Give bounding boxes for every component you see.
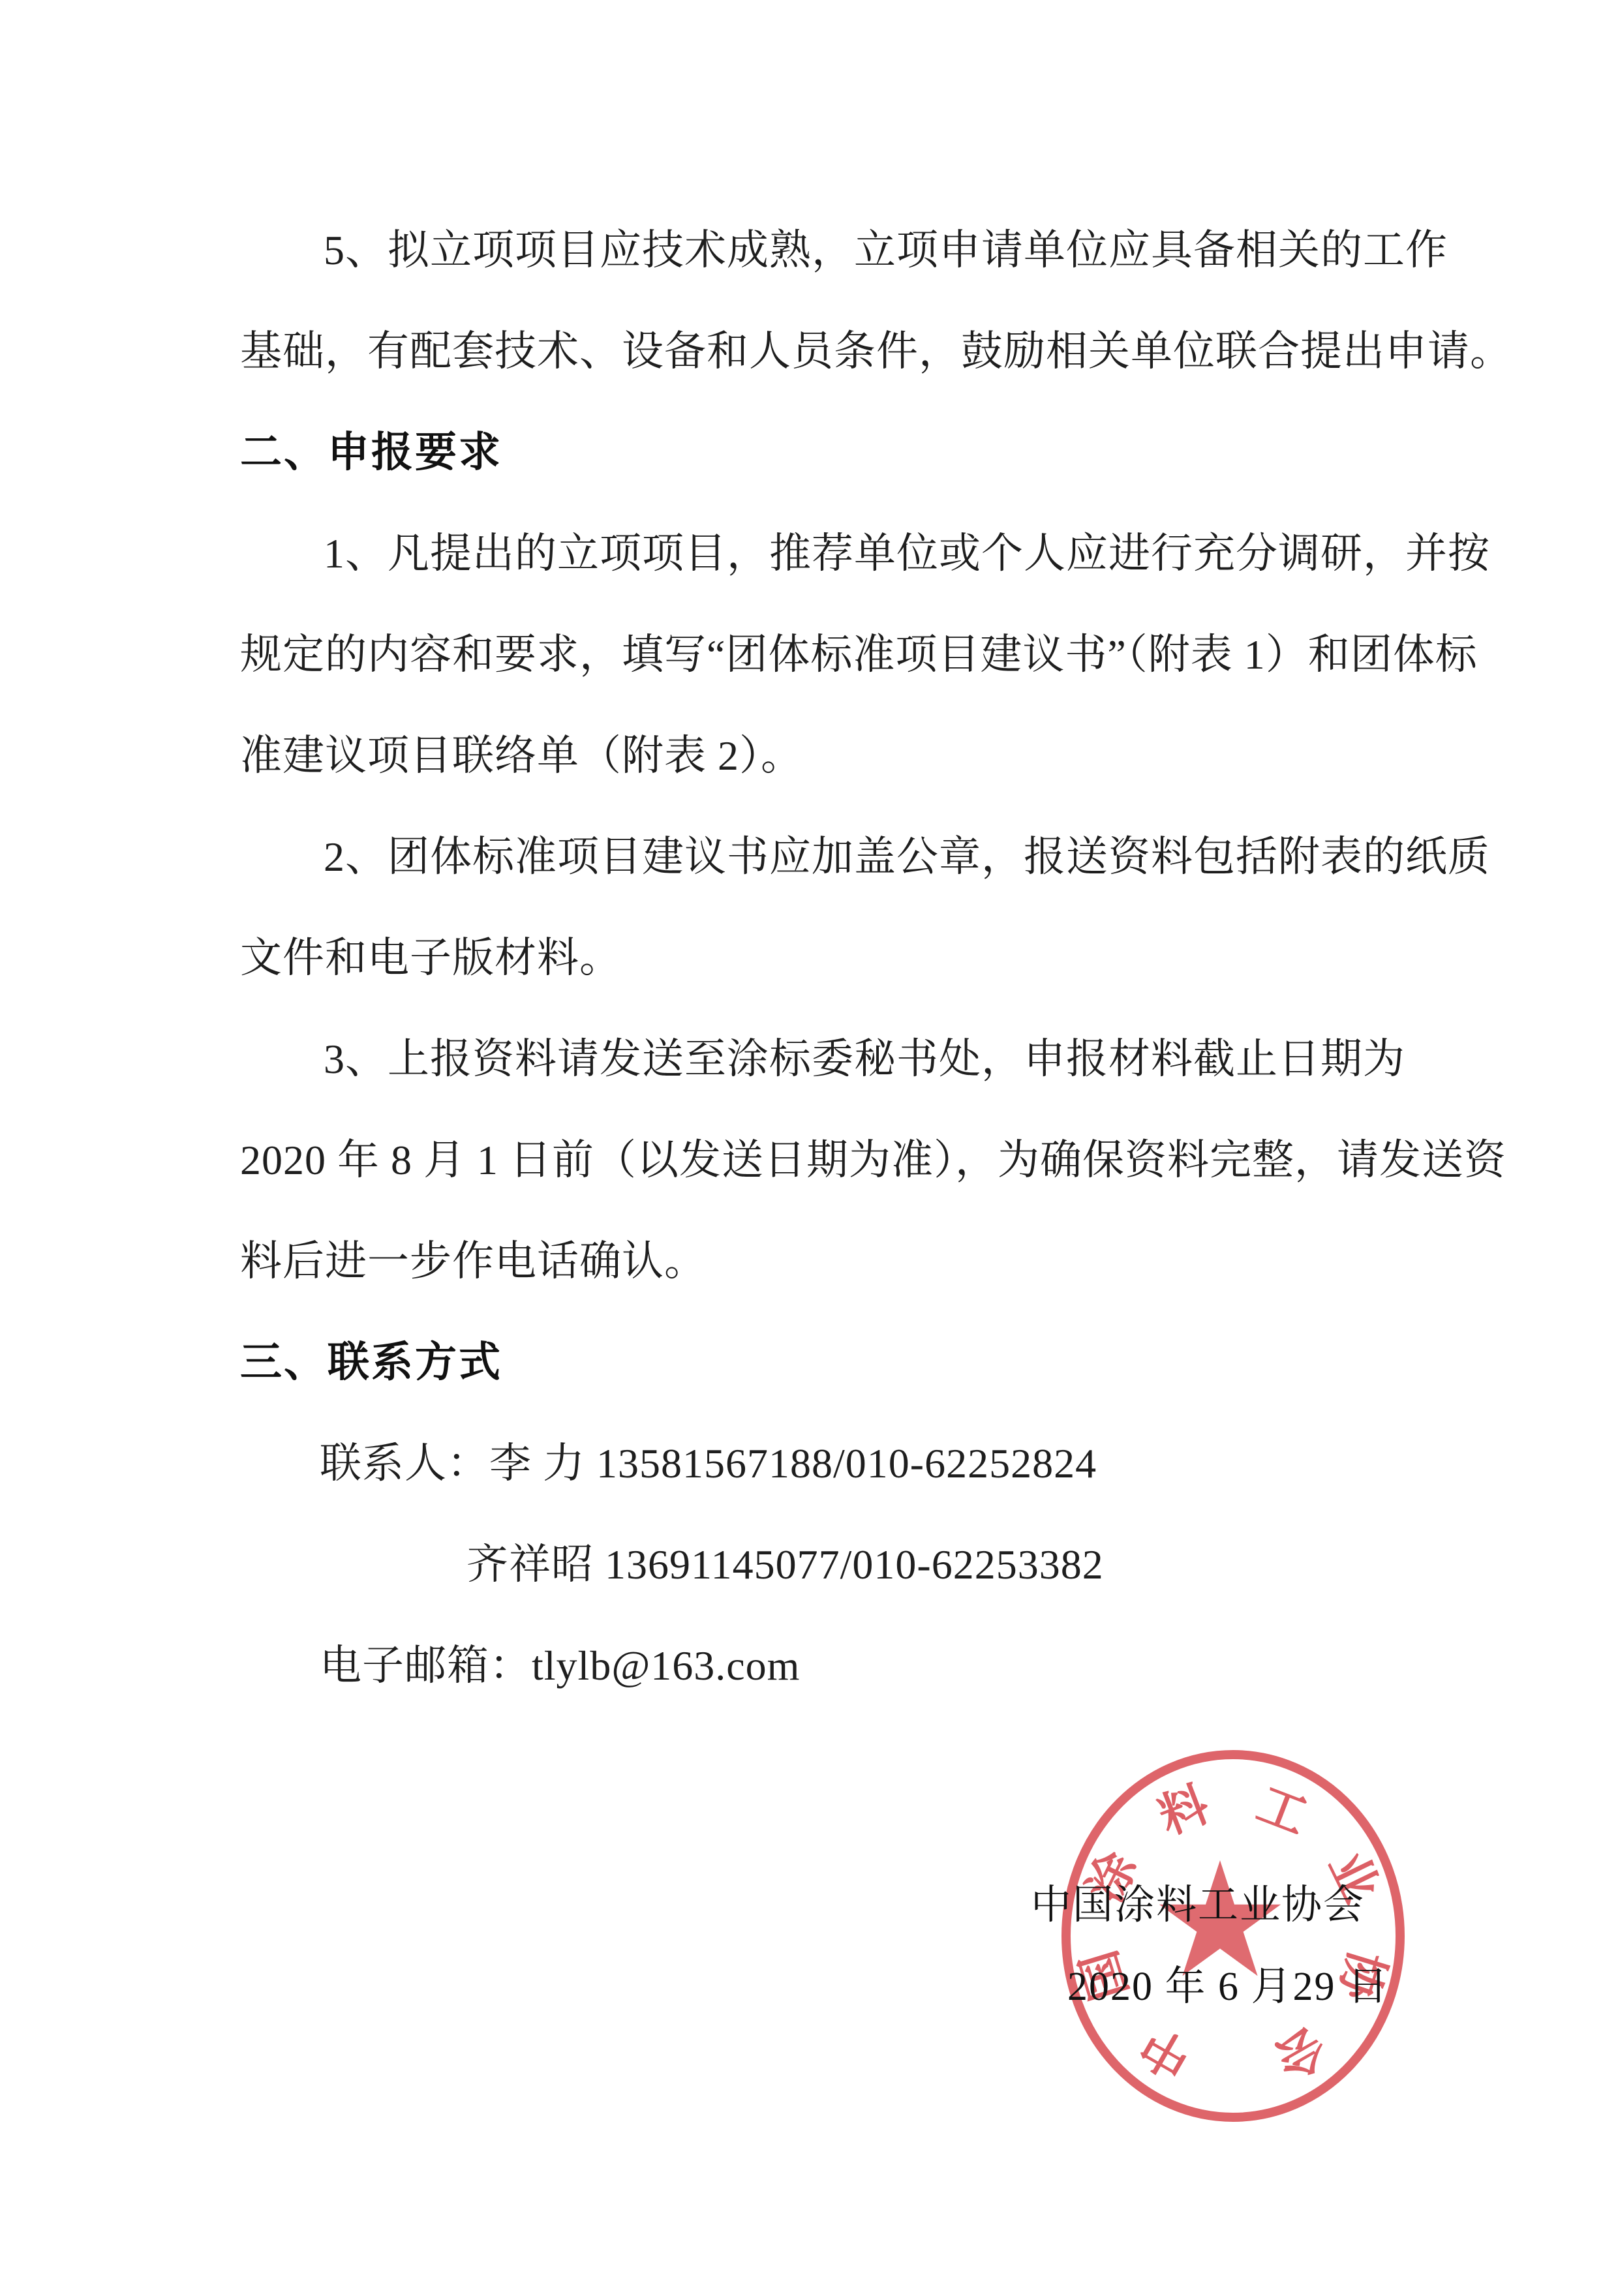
item-3-line-3: 料后进一步作电话确认。 [240,1239,707,1283]
item-2-line-1: 2、团体标准项目建议书应加盖公章，报送资料包括附表的纸质 [324,835,1490,879]
signature-date: 2020 年 6 月29 日 [1067,1967,1389,2007]
paragraph-5-line-2: 基础，有配套技术、设备和人员条件，鼓励相关单位联合提出申请。 [240,329,1512,373]
contact-email: 电子邮箱：tlylb@163.com [320,1644,800,1687]
section-heading-3: 三、联系方式 [240,1340,502,1384]
paragraph-5-line-1: 5、拟立项项目应技术成熟，立项申请单位应具备相关的工作 [324,228,1448,272]
official-seal: 中 国 涂 料 工 业 协 会 [1044,1747,1422,2132]
item-1-line-2: 规定的内容和要求，填写“团体标准项目建议书”（附表 1）和团体标 [240,633,1478,676]
section-heading-2: 二、申报要求 [240,430,502,474]
seal-arc-char: 料 [1152,1777,1216,1845]
item-1-line-3: 准建议项目联络单（附表 2）。 [240,734,803,778]
item-3-line-2: 2020 年 8 月 1 日前（以发送日期为准），为确保资料完整，请发送资 [240,1138,1506,1182]
seal-arc-char: 工 [1250,1777,1314,1845]
seal-arc-char: 中 [1132,2016,1200,2087]
contact-person-1: 联系人：李 力 13581567188/010-62252824 [320,1442,1097,1485]
scanned-document-page: 5、拟立项项目应技术成熟，立项申请单位应具备相关的工作 基础，有配套技术、设备和… [0,0,1618,2296]
seal-arc-char: 会 [1266,2016,1334,2087]
contact-person-2: 齐祥昭 13691145077/010-62253382 [466,1543,1104,1586]
item-2-line-2: 文件和电子版材料。 [240,936,622,980]
signature-org-name: 中国涂料工业协会 [1031,1885,1365,1926]
item-3-line-1: 3、上报资料请发送至涂标委秘书处，申报材料截止日期为 [324,1037,1405,1081]
item-1-line-1: 1、凡提出的立项项目，推荐单位或个人应进行充分调研，并按 [324,532,1490,575]
